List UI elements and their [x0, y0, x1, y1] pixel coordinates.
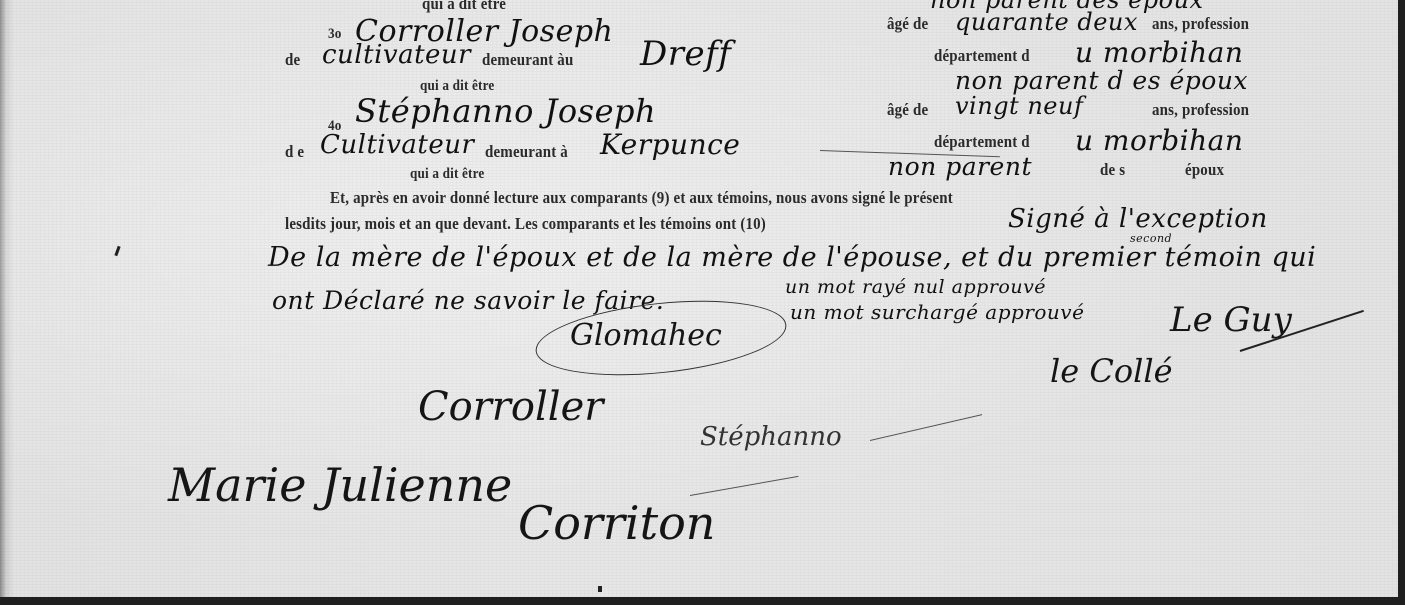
witness-3-profession: cultivateur [322, 40, 471, 70]
witness-3-age-suffix: ans, profession [1152, 14, 1249, 34]
scan-edge-right [1398, 0, 1405, 605]
ink-speck [114, 246, 120, 256]
witness-3-department: u morbihan [1075, 36, 1243, 69]
qui-a-dit-etre-4: qui a dit être [410, 166, 484, 183]
closing-line-2: lesdits jour, mois et an que devant. Les… [285, 214, 766, 234]
witness-3-age-prefix: âgé de [887, 14, 928, 34]
witness-4-age-prefix: âgé de [887, 100, 928, 120]
signature-le-guy: Le Guy [1170, 300, 1292, 340]
witness-4-relation-a: non parent [888, 152, 1032, 181]
corriton-underline [690, 476, 799, 496]
witness-4-profession-prefix: d e [285, 142, 304, 162]
signature-glomahec: Glomahec [570, 318, 722, 353]
scan-edge-bottom [0, 597, 1405, 605]
witness-4-department-prefix: département d [934, 132, 1030, 152]
witness-4-age: vingt neuf [955, 92, 1083, 120]
witness-4-profession: Cultivateur [320, 130, 474, 160]
witness-3-residence: Dreff [640, 34, 731, 74]
closing-line-1: Et, après en avoir donné lecture aux com… [330, 188, 953, 208]
witness-3-profession-prefix: de [285, 50, 300, 70]
closing-line-2-handwritten: Signé à l'exception [1008, 204, 1268, 234]
witness-4-residence-prefix: demeurant à [485, 142, 568, 162]
signature-corroller: Corroller [418, 384, 603, 430]
closing-line-5: un mot surchargé approuvé [790, 300, 1084, 324]
witness-3-residence-prefix: demeurant àu [482, 50, 573, 70]
registry-page: qui a dit être non parent des époux 3o C… [0, 0, 1398, 597]
qui-a-dit-etre-top: qui a dit être [422, 0, 506, 14]
witness-4-relation-b: de s [1100, 160, 1125, 180]
witness-4-age-suffix: ans, profession [1152, 100, 1249, 120]
witness-4-relation-c: époux [1185, 160, 1224, 180]
witness-3-age: quarante deux [955, 8, 1138, 36]
ink-speck [598, 586, 602, 592]
witness-3-relation: non parent d es époux [955, 66, 1248, 95]
witness-4-name: Stéphanno Joseph [355, 92, 656, 130]
witness-4-residence: Kerpunce [600, 128, 740, 161]
witness-4-department: u morbihan [1075, 124, 1243, 157]
stephanno-underline [870, 414, 982, 441]
signature-le-colle: le Collé [1050, 352, 1173, 390]
signature-stephanno: Stéphanno [700, 422, 842, 452]
closing-line-3: De la mère de l'époux et de la mère de l… [268, 242, 1316, 273]
signature-corriton: Corriton [518, 496, 715, 550]
signature-marie-julienne: Marie Julienne [168, 458, 512, 512]
closing-line-4b: un mot rayé nul approuvé [785, 276, 1046, 298]
witness-3-department-prefix: département d [934, 46, 1030, 66]
